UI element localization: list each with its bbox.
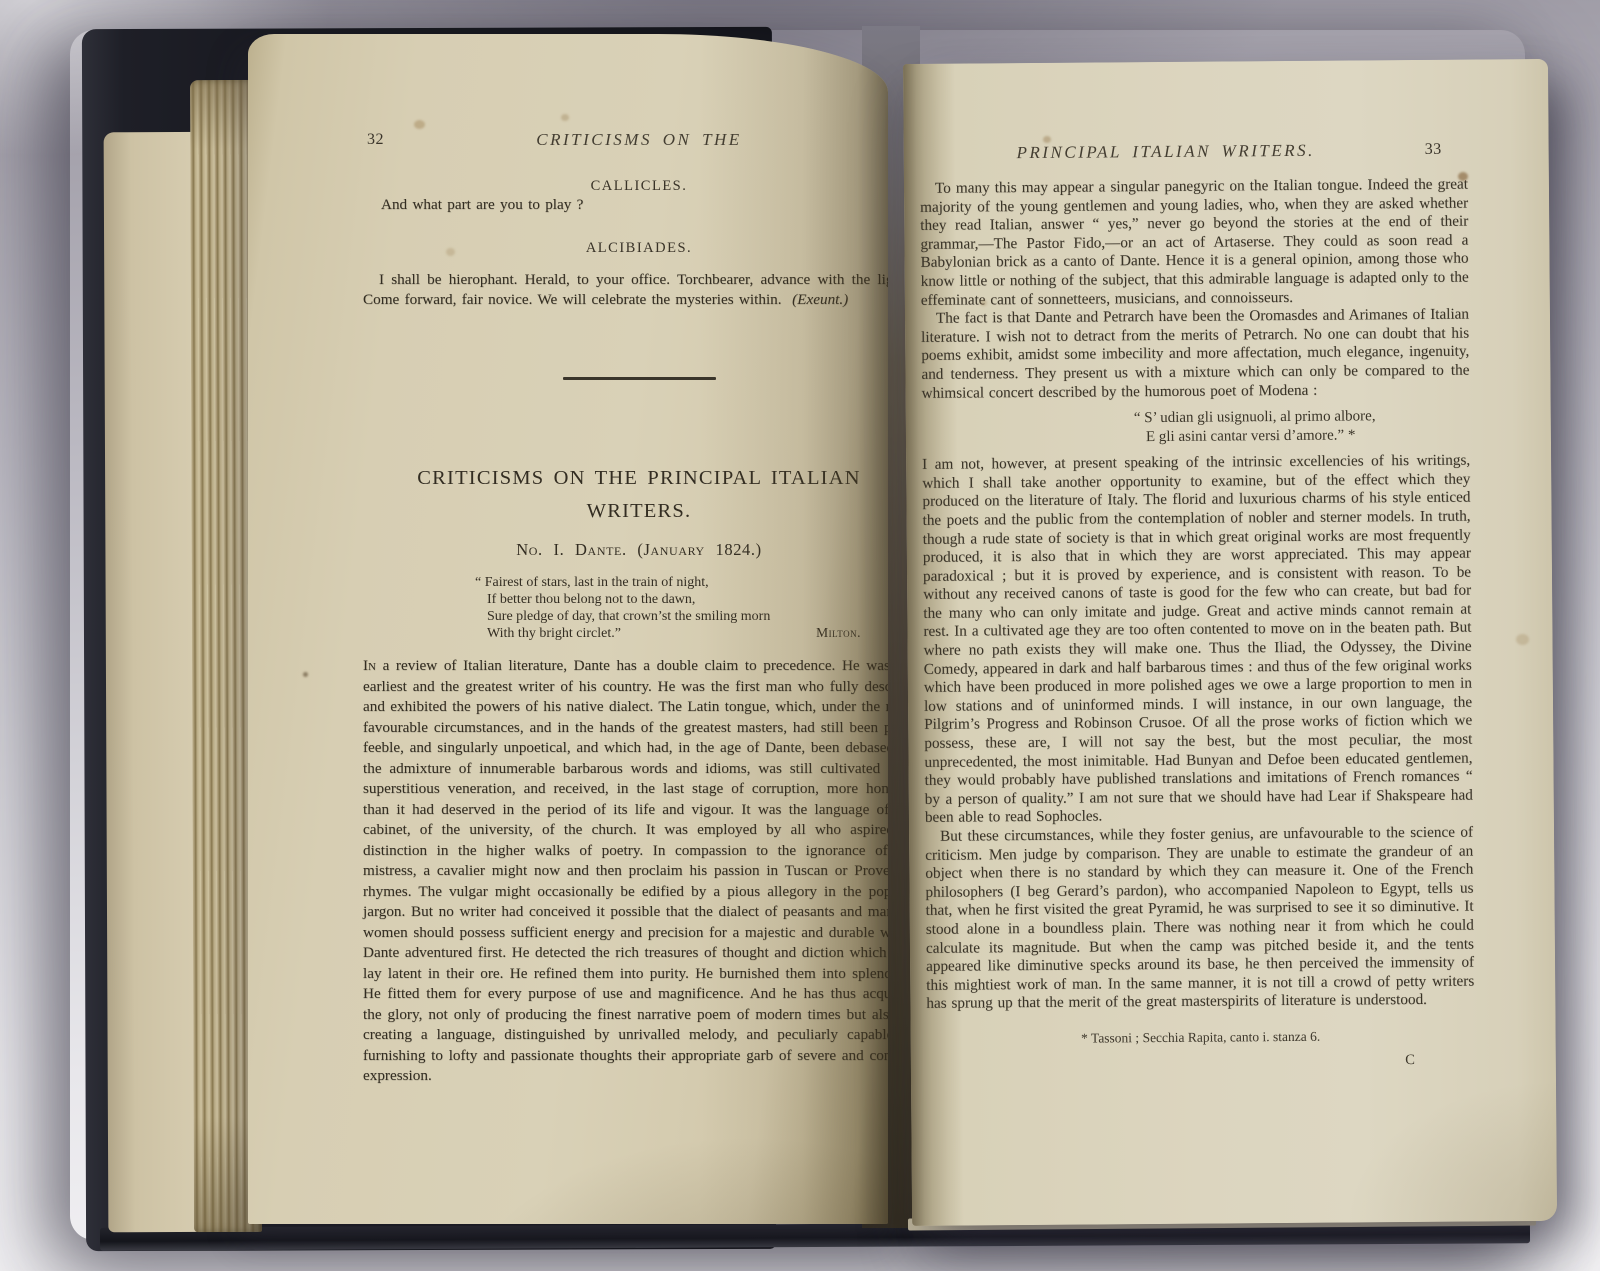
body-paragraph: I am not, however, at present speaking o…: [922, 452, 1473, 828]
body-paragraph: The fact is that Dante and Petrarch have…: [921, 306, 1470, 403]
right-page-header: PRINCIPAL ITALIAN WRITERS. 33: [920, 140, 1468, 166]
epigraph-line: With thy bright circlet.”: [475, 625, 875, 642]
speaker-name-callicles: CALLICLES.: [363, 178, 888, 195]
epigraph-attribution: Milton.: [816, 624, 861, 641]
running-head-left: CRITICISMS ON THE: [363, 130, 888, 150]
epigraph-line: Sure pledge of day, that crown’st the sm…: [475, 608, 875, 625]
epigraph-line: “ Fairest of stars, last in the train of…: [475, 574, 875, 591]
speaker-name-alcibiades: ALCIBIADES.: [363, 240, 888, 257]
photo-background: 32 CRITICISMS ON THE CALLICLES. And what…: [0, 0, 1600, 1271]
article-subtitle: No. I. Dante. (January 1824.): [363, 540, 888, 560]
printer-signature: C: [927, 1051, 1475, 1072]
paragraph-text: a review of Italian literature, Dante ha…: [363, 657, 888, 1084]
dialogue-line: And what part are you to play ?: [363, 195, 888, 216]
stage-direction: (Exeunt.): [792, 291, 848, 308]
verse-line: E gli asini cantar versi d’amore.” *: [1134, 425, 1470, 446]
left-page-content: 32 CRITICISMS ON THE CALLICLES. And what…: [363, 34, 888, 1087]
article-title: CRITICISMS ON THE PRINCIPAL ITALIAN WRIT…: [363, 462, 888, 528]
right-page-content: PRINCIPAL ITALIAN WRITERS. 33 To many th…: [919, 60, 1475, 1073]
epigraph-line: If better thou belong not to the dawn,: [475, 591, 875, 608]
paragraph-lead-in: In: [363, 657, 376, 674]
body-paragraph: In a review of Italian literature, Dante…: [363, 656, 888, 1087]
page-number-left: 32: [367, 131, 384, 149]
dialogue-passage: I shall be hierophant. Herald, to your o…: [363, 270, 888, 311]
body-paragraph: But these circumstances, while they fost…: [925, 824, 1474, 1014]
footnote: * Tassoni ; Secchia Rapita, canto i. sta…: [927, 1027, 1475, 1047]
right-page: PRINCIPAL ITALIAN WRITERS. 33 To many th…: [903, 59, 1557, 1226]
body-paragraph: To many this may appear a singular paneg…: [920, 176, 1469, 310]
running-head-right: PRINCIPAL ITALIAN WRITERS.: [903, 140, 1440, 164]
page-number-right: 33: [1425, 141, 1442, 159]
epigraph: “ Fairest of stars, last in the train of…: [475, 574, 875, 642]
left-page-header: 32 CRITICISMS ON THE: [363, 130, 888, 152]
left-page: 32 CRITICISMS ON THE CALLICLES. And what…: [248, 34, 888, 1224]
verse-quote: “ S’ udian gli usignuoli, al primo albor…: [1134, 407, 1470, 447]
section-divider-rule: [563, 377, 716, 381]
